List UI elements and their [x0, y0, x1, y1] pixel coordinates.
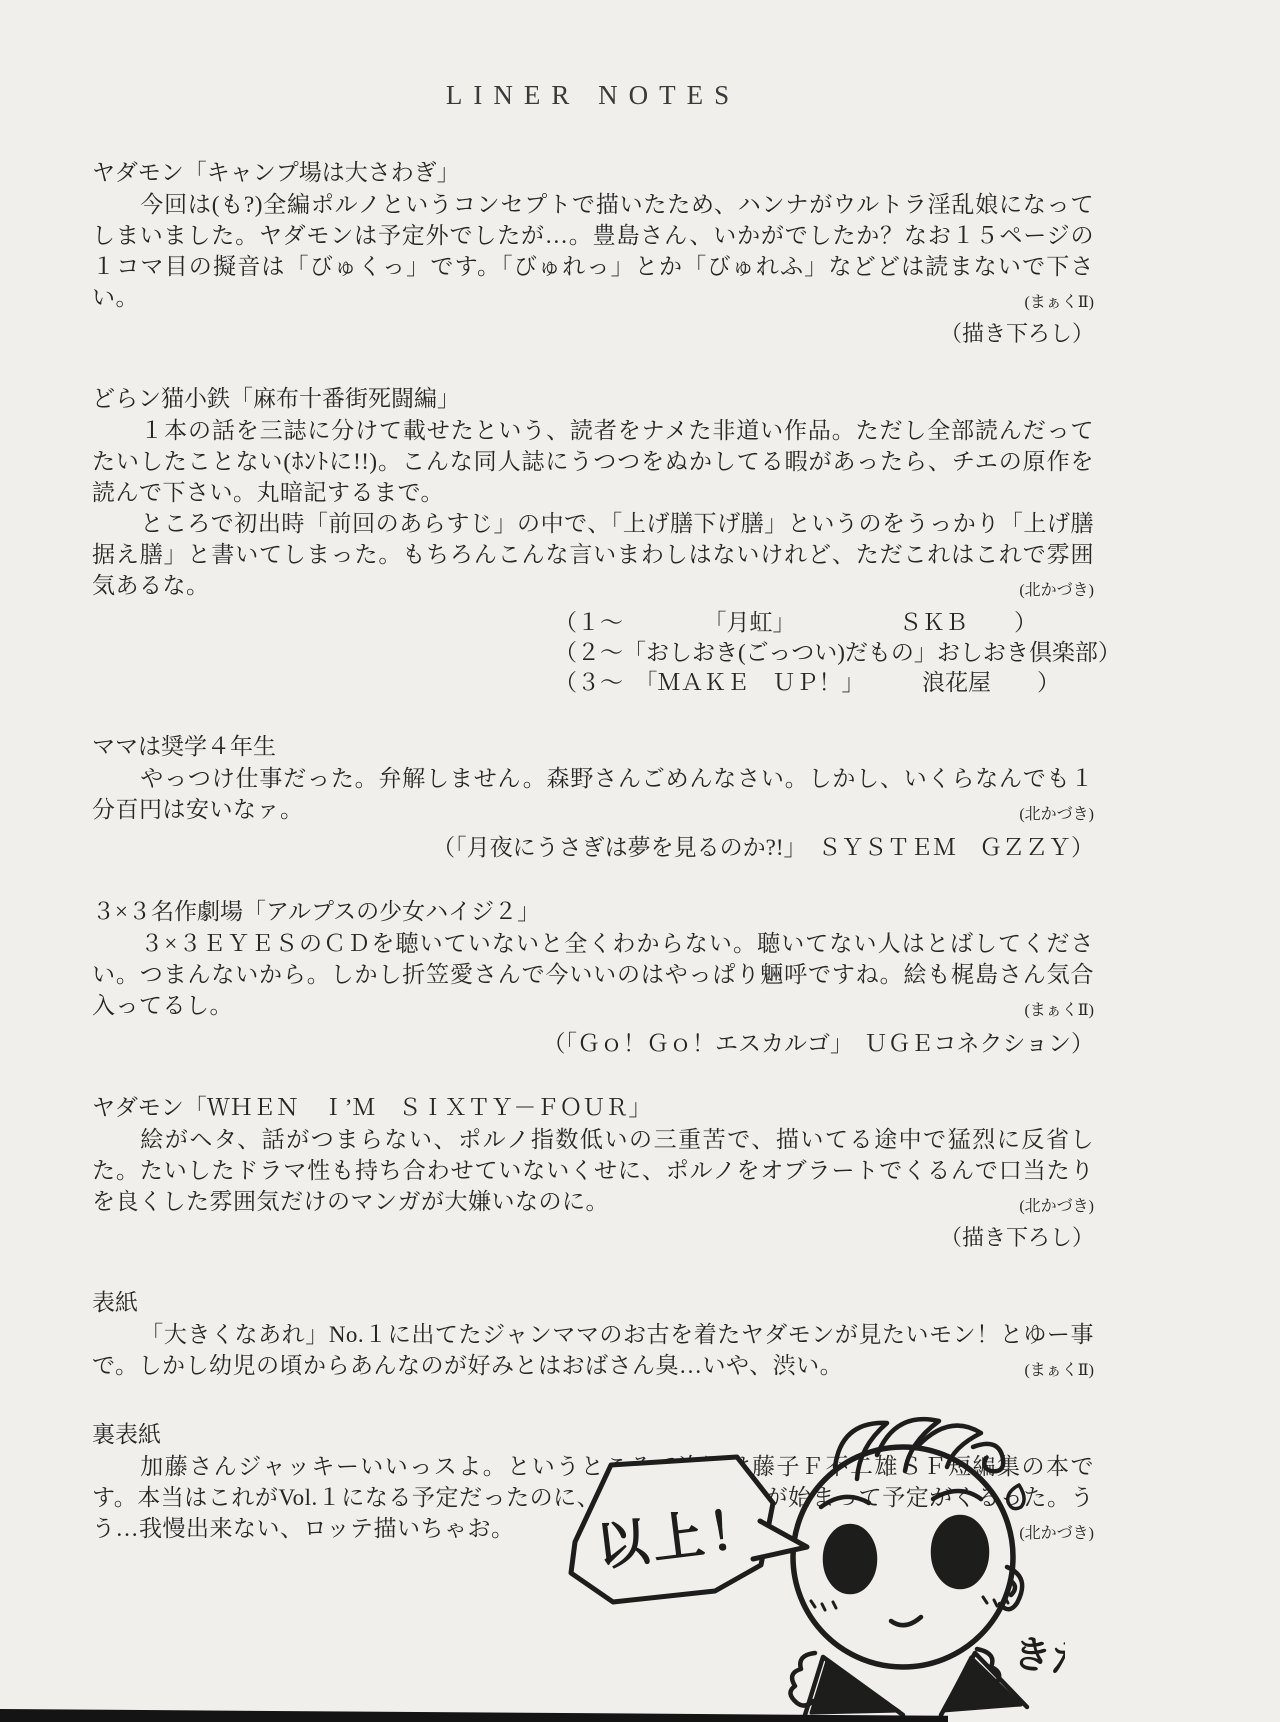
character-collar-dark [811, 1661, 899, 1713]
scanned-doujinshi-page: { "page": { "title": "LINER NOTES" }, "c… [0, 0, 1280, 1722]
author-credit: (まぁくⅡ) [92, 287, 1094, 318]
artist-signature: きた [1010, 1633, 1065, 1685]
chibi-character-illustration: 以上！ きた [505, 1405, 1065, 1717]
sweat-drop-icon [1008, 1485, 1024, 1509]
author-credit: (まぁくⅡ) [92, 995, 1094, 1026]
section-front-cover: 表紙 「大きくなあれ」No.１に出てたジャンママのお古を着たヤダモンが見たいモン… [92, 1287, 1094, 1386]
section-yadamon-sixtyfour: ヤダモン「ＷＨＥＮ Ｉ’Ｍ ＳＩＸＴＹ－ＦＯＵＲ」 絵がヘタ、話がつまらない、ポ… [92, 1092, 1094, 1254]
section-heading: ヤダモン「キャンプ場は大さわぎ」 [92, 157, 1094, 189]
character-eye [933, 1517, 987, 1587]
character-eye [825, 1526, 875, 1592]
section-heading: 表紙 [92, 1287, 1094, 1319]
section-yadamon-camp: ヤダモン「キャンプ場は大さわぎ」 今回は(も?)全編ポルノというコンセプトで描い… [92, 157, 1094, 350]
hair-spiral-icon [973, 1444, 1003, 1471]
publication-note: （描き下ろし） [92, 1222, 1094, 1254]
publication-ref: （１～ 「月虹」 ＳＫＢ ） [554, 608, 1094, 638]
publication-ref-list: （１～ 「月虹」 ＳＫＢ ） （２～「おしおき(ごっつい)だもの」おしおき倶楽部… [554, 608, 1094, 698]
publication-ref: （２～「おしおき(ごっつい)だもの」おしおき倶楽部） [554, 638, 1094, 668]
author-credit: (北かづき) [92, 575, 1094, 606]
page-title: LINER NOTES [92, 80, 1094, 111]
character-collar-dark [943, 1657, 1021, 1711]
section-heading: ３×３名作劇場「アルプスの少女ハイジ２」 [92, 896, 1094, 928]
section-heading: どらン猫小鉄「麻布十番街死闘編」 [92, 383, 1094, 415]
publication-ref: （３～ 「ＭＡＫＥ ＵＰ！」 浪花屋 ） [554, 668, 1094, 698]
section-3x3-meisaku: ３×３名作劇場「アルプスの少女ハイジ２」 ３×３ＥＹＥＳのＣＤを聴いていないと全… [92, 896, 1094, 1059]
blush-marks [811, 1601, 836, 1610]
section-paragraph: １本の話を三誌に分けて載せたという、読者をナメた非道い作品。ただし全部読んだって… [92, 415, 1094, 508]
section-heading: ヤダモン「ＷＨＥＮ Ｉ’Ｍ ＳＩＸＴＹ－ＦＯＵＲ」 [92, 1092, 1094, 1124]
character-mouth [891, 1617, 921, 1625]
section-mama-shogaku: ママは奨学４年生 やっつけ仕事だった。弁解しません。森野さんごめんなさい。しかし… [92, 731, 1094, 863]
publication-note: （描き下ろし） [92, 318, 1094, 350]
section-heading: ママは奨学４年生 [92, 731, 1094, 763]
character-eyebrow [821, 1497, 869, 1507]
character-eyebrow [933, 1491, 981, 1499]
publication-ref: （「Ｇｏ！Ｇｏ！エスカルゴ」 ＵＧＥコネクション） [92, 1028, 1094, 1059]
section-doran-neko: どらン猫小鉄「麻布十番街死闘編」 １本の話を三誌に分けて載せたという、読者をナメ… [92, 383, 1094, 698]
publication-ref: （「月夜にうさぎは夢を見るのか?!」 ＳＹＳＴＥＭ ＧＺＺＹ） [92, 832, 1094, 863]
page-content: LINER NOTES ヤダモン「キャンプ場は大さわぎ」 今回は(も?)全編ポル… [92, 0, 1094, 1549]
